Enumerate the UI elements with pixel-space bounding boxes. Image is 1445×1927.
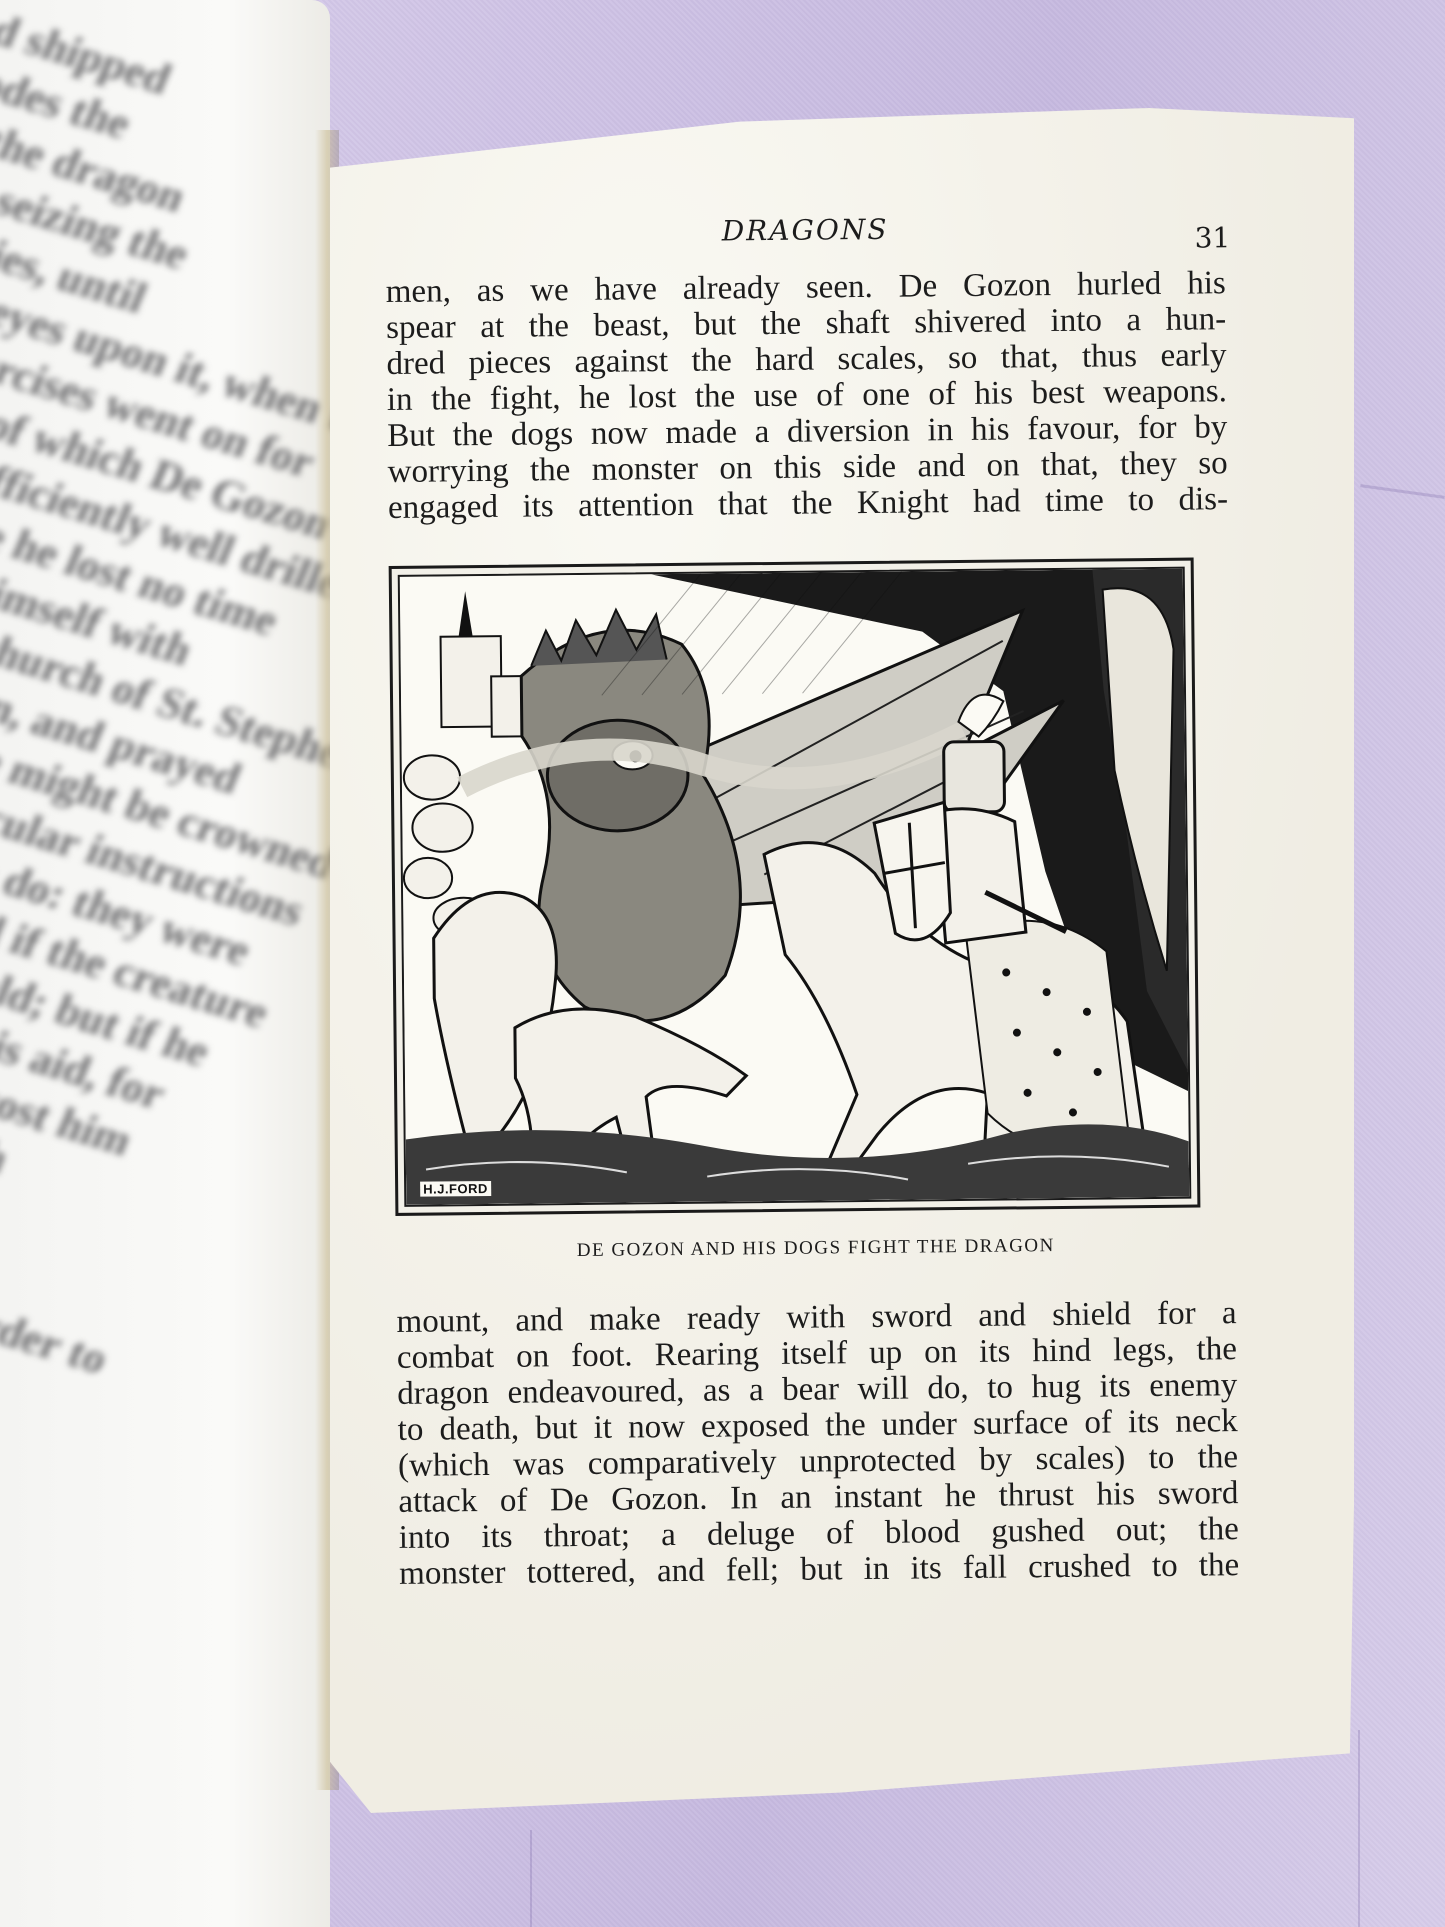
dragon-battle-illustration — [400, 569, 1190, 1205]
left-page-text: and shipped Rhodes the him the dragon th… — [0, 0, 330, 1562]
running-title: DRAGONS — [385, 209, 1225, 251]
text-line: engaged its attention that the Knight ha… — [388, 481, 1228, 526]
page-content: DRAGONS 31 men, as we have already seen.… — [385, 209, 1239, 1592]
plate-caption: DE GOZON AND HIS DOGS FIGHT THE DRAGON — [396, 1233, 1236, 1264]
fabric-seam — [1358, 1730, 1360, 1927]
paragraph-before-plate: men, as we have already seen. De Gozon h… — [386, 265, 1229, 526]
paragraph-after-plate: mount, and make ready with sword and shi… — [396, 1295, 1239, 1592]
fabric-seam — [530, 1830, 532, 1927]
illustration: H.J.FORD — [398, 567, 1192, 1207]
text-line: monster tottered, and fell; but in its f… — [399, 1547, 1239, 1592]
left-page: and shipped Rhodes the him the dragon th… — [0, 0, 330, 1927]
text-line: approach and yell lustily in order to — [0, 1141, 115, 1383]
illustration-plate: H.J.FORD — [389, 558, 1201, 1216]
fabric-seam — [1360, 484, 1445, 499]
page-number: 31 — [1194, 221, 1230, 254]
artist-signature: H.J.FORD — [420, 1181, 491, 1197]
running-head: DRAGONS 31 — [385, 209, 1226, 274]
right-page: DRAGONS 31 men, as we have already seen.… — [330, 108, 1354, 1813]
